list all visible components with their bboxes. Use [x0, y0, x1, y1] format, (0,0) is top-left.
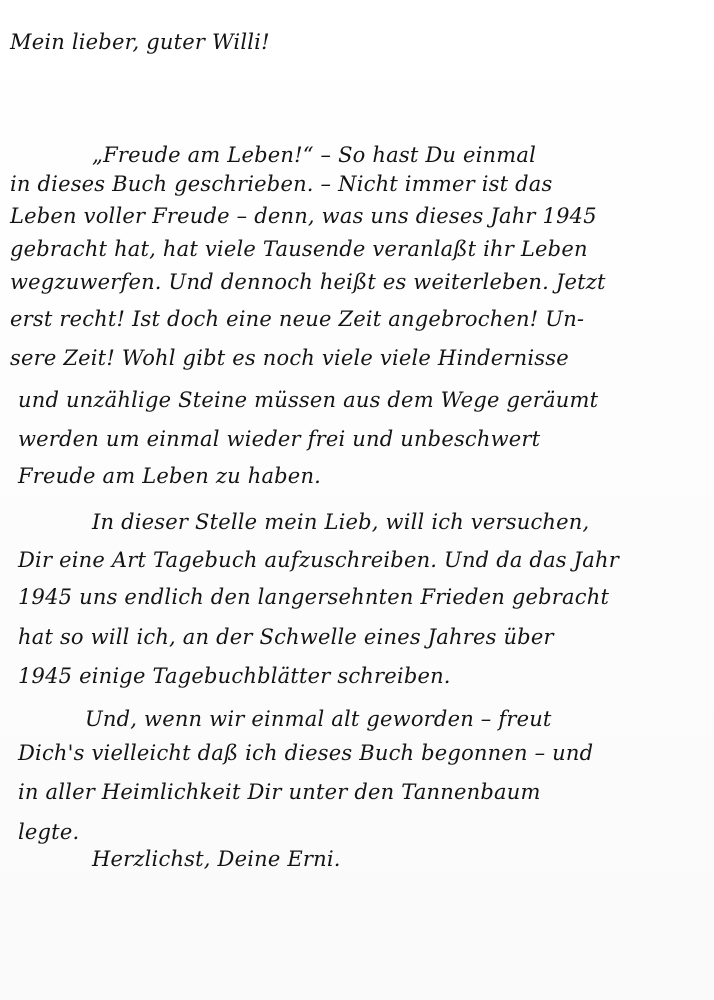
letter-line: wegzuwerfen. Und dennoch heißt es weiter…	[10, 270, 606, 294]
letter-page: Mein lieber, guter Willi! „Freude am Leb…	[0, 0, 714, 1000]
letter-line: in aller Heimlichkeit Dir unter den Tann…	[18, 780, 541, 804]
closing-signature: Herzlichst, Deine Erni.	[92, 847, 341, 871]
letter-line: hat so will ich, an der Schwelle eines J…	[18, 625, 554, 649]
letter-line: „Freude am Leben!“ – So hast Du einmal	[92, 143, 536, 167]
letter-line: Freude am Leben zu haben.	[18, 464, 321, 488]
letter-line: Leben voller Freude – denn, was uns dies…	[10, 204, 597, 228]
salutation: Mein lieber, guter Willi!	[10, 30, 270, 54]
letter-line: 1945 einige Tagebuchblätter schreiben.	[18, 664, 451, 688]
letter-line: werden um einmal wieder frei und unbesch…	[18, 427, 540, 451]
letter-line: Und, wenn wir einmal alt geworden – freu…	[85, 707, 552, 731]
letter-line: in dieses Buch geschrieben. – Nicht imme…	[10, 172, 552, 196]
letter-line: erst recht! Ist doch eine neue Zeit ange…	[10, 307, 584, 331]
letter-line: legte.	[18, 820, 79, 844]
letter-line: sere Zeit! Wohl gibt es noch viele viele…	[10, 346, 569, 370]
letter-line: und unzählige Steine müssen aus dem Wege…	[18, 388, 598, 412]
letter-line: Dir eine Art Tagebuch aufzuschreiben. Un…	[18, 548, 619, 572]
letter-line: 1945 uns endlich den langersehnten Fried…	[18, 585, 609, 609]
letter-line: gebracht hat, hat viele Tausende veranla…	[10, 237, 588, 261]
letter-line: Dich's vielleicht daß ich dieses Buch be…	[18, 741, 593, 765]
letter-line: In dieser Stelle mein Lieb, will ich ver…	[92, 510, 589, 534]
